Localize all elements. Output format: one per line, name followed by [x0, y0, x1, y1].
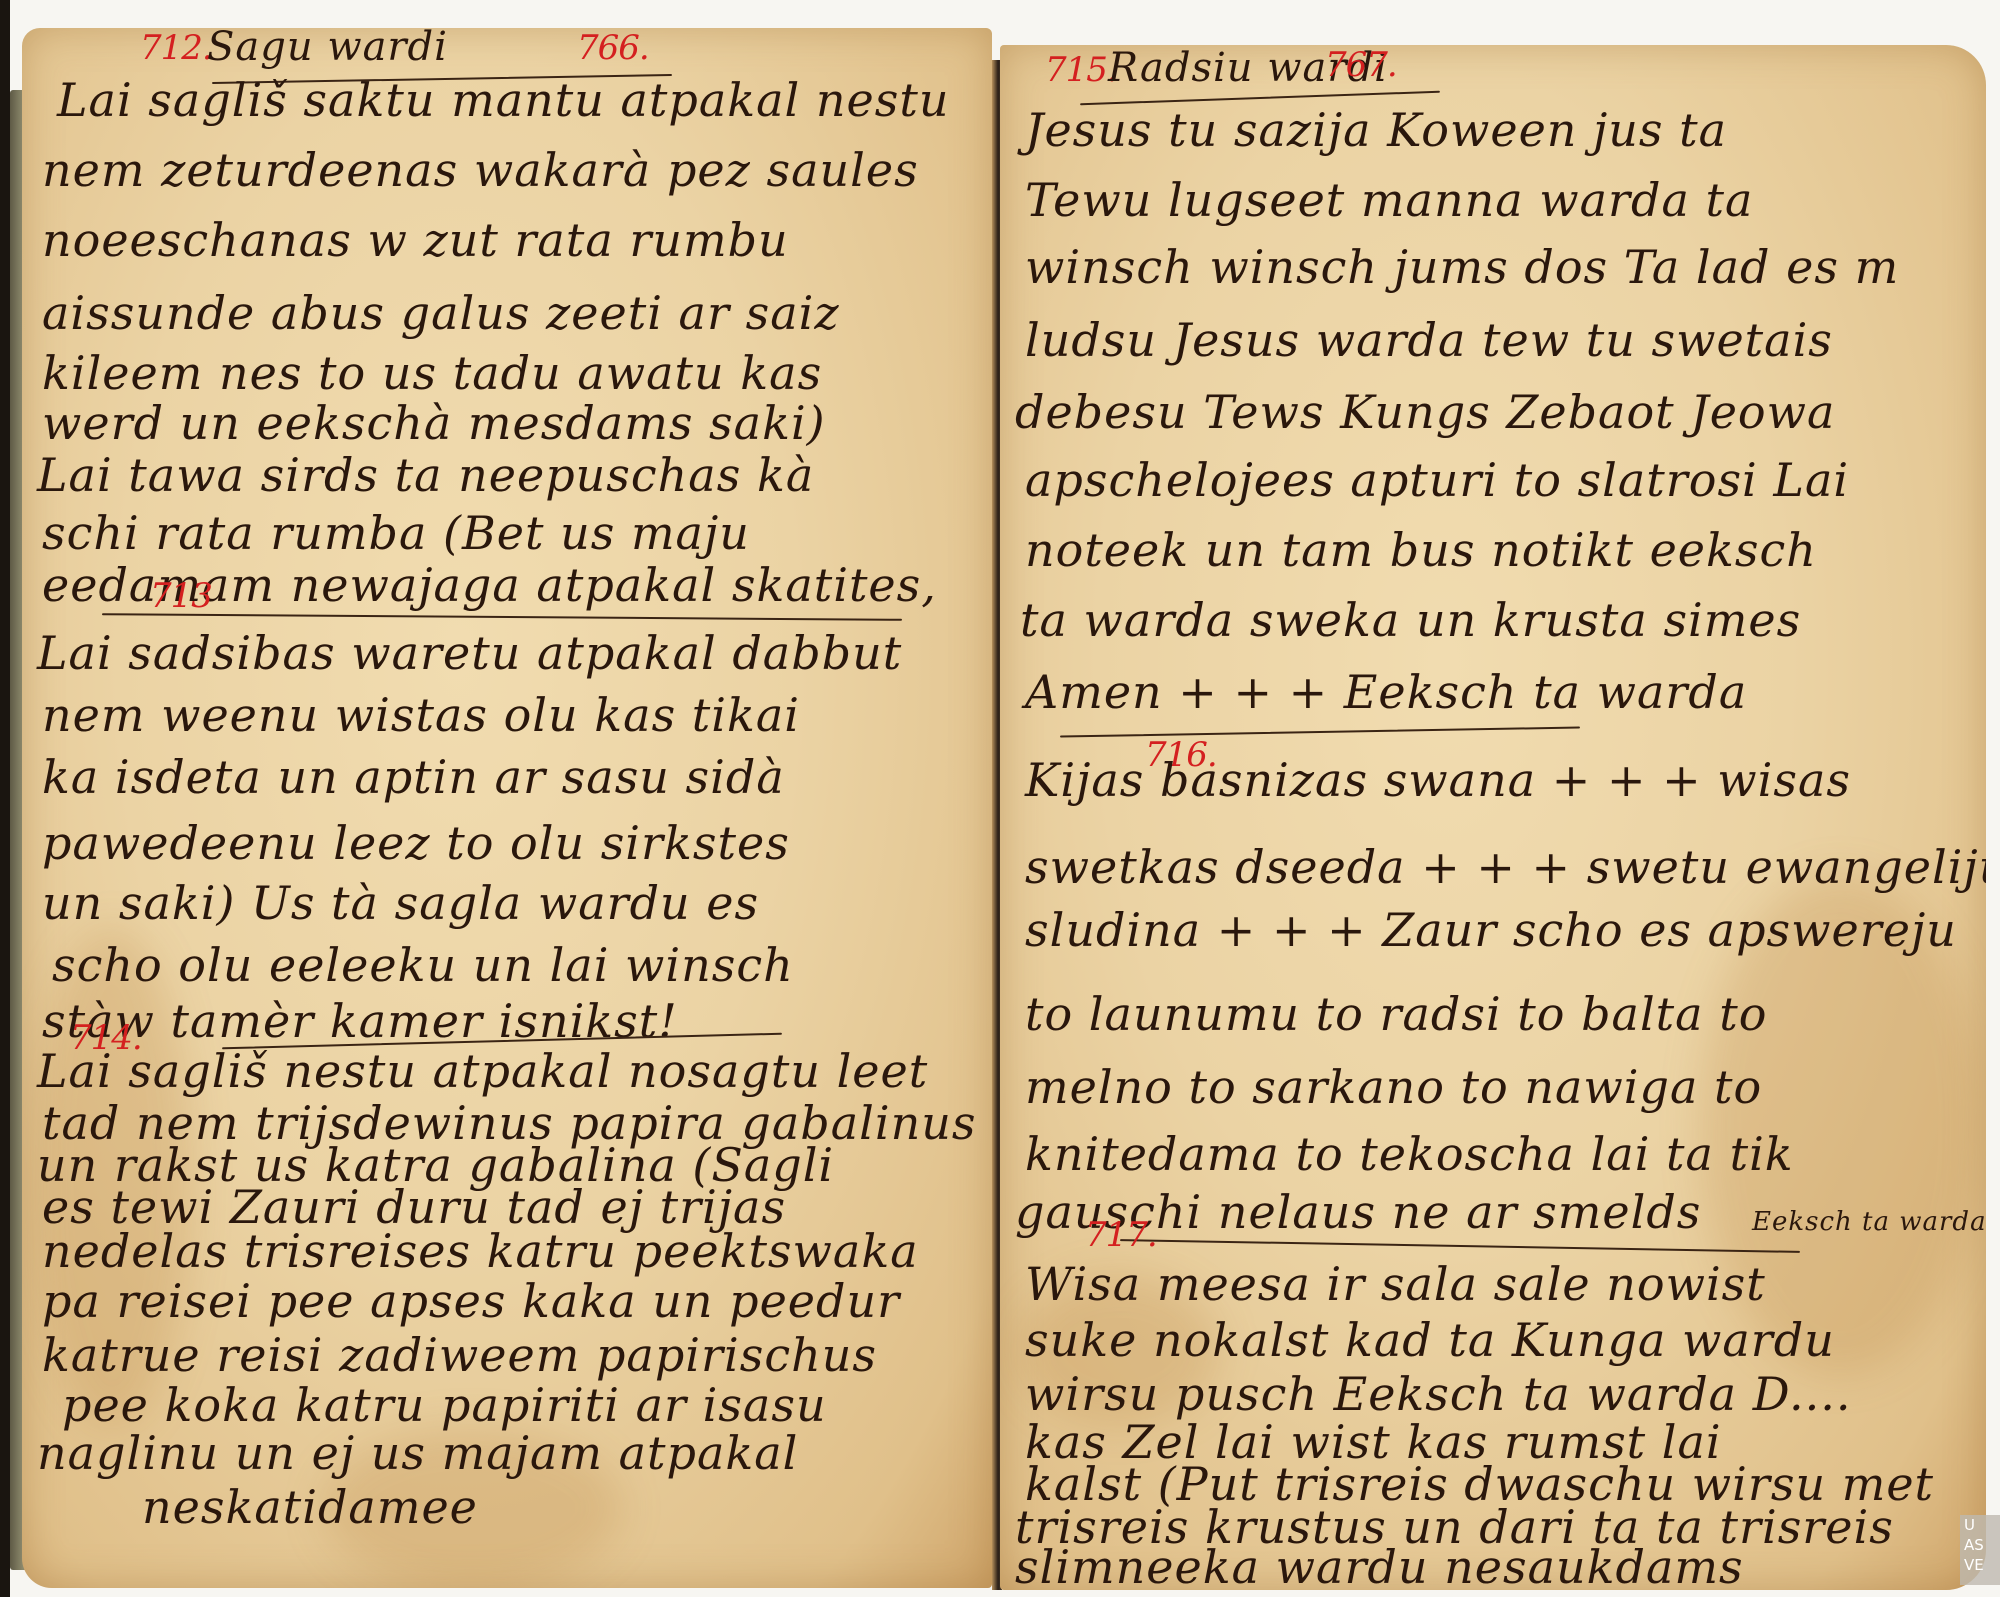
- book-spine-edge: [0, 0, 10, 1597]
- text-line: pawedeenu leez to olu sirkstes: [42, 816, 790, 870]
- text-line: swetkas dseeda + + + swetu ewangeliju: [1025, 840, 1986, 894]
- text-line: nem zeturdeenas wakarà pez saules: [42, 143, 919, 197]
- text-line: aissunde abus galus zeeti ar saiz: [42, 286, 840, 340]
- text-line: Kijas basnizas swana + + + wisas: [1025, 753, 1851, 807]
- text-line: winsch winsch jums dos Ta lad es m: [1025, 240, 1899, 294]
- text-line: katrue reisi zadiweem papirischus: [42, 1328, 877, 1382]
- text-line: sludina + + + Zaur scho es apswereju: [1025, 903, 1957, 957]
- text-line: ka isdeta un aptin ar sasu sidà: [42, 750, 785, 804]
- text-line: kileem nes to us tadu awatu kas: [42, 346, 822, 400]
- text-line: suke nokalst kad ta Kunga wardu: [1025, 1313, 1835, 1367]
- text-line: to launumu to radsi to balta to: [1025, 987, 1767, 1041]
- text-line: neskatidamee: [142, 1480, 478, 1534]
- entry-divider: [102, 613, 902, 621]
- text-line: pa reisei pee apses kaka un peedur: [42, 1274, 900, 1328]
- left-page: 712. Sagu wardi 766. Lai sagliš saktu ma…: [22, 28, 992, 1588]
- entry-number-717: 717.: [1085, 1215, 1157, 1255]
- text-line: Lai tawa sirds ta neepuschas kà: [37, 448, 814, 502]
- entry-ref-number: 767.: [1325, 45, 1397, 85]
- trailing-note: Eeksch ta warda: [1752, 1207, 1986, 1237]
- text-line: schi rata rumba (Bet us maju: [42, 506, 750, 560]
- entry-number-712: 712.: [140, 28, 212, 68]
- text-line: scho olu eeleeku un lai winsch: [52, 938, 794, 992]
- watermark-text: U: [1964, 1515, 2000, 1535]
- text-line: noteek un tam bus notikt eeksch: [1025, 523, 1817, 577]
- archive-watermark: U AS VE: [1960, 1515, 2000, 1585]
- watermark-text: AS: [1964, 1535, 2000, 1555]
- entry-divider: [1060, 726, 1580, 737]
- text-line: melno to sarkano to nawiga to: [1025, 1060, 1762, 1114]
- text-line: debesu Tews Kungs Zebaot Jeowa: [1015, 385, 1835, 439]
- text-line: Wisa meesa ir sala sale nowist: [1025, 1257, 1766, 1311]
- entry-title: Sagu wardi: [207, 28, 448, 70]
- text-line: Lai sagliš saktu mantu atpakal nestu: [57, 73, 949, 127]
- entry-number-715: 715.: [1045, 50, 1117, 90]
- text-line: Lai sadsibas waretu atpakal dabbut: [37, 626, 902, 680]
- text-line: Jesus tu sazija Koween jus ta: [1025, 103, 1727, 157]
- text-line: Tewu lugseet manna warda ta: [1025, 173, 1753, 227]
- entry-number-713: 713: [150, 576, 212, 616]
- text-line: Lai sagliš nestu atpakal nosagtu leet: [37, 1044, 928, 1098]
- text-line: werd un eekschà mesdams saki): [42, 396, 826, 450]
- text-line: slimneeka wardu nesaukdams: [1015, 1540, 1744, 1590]
- text-line: pee koka katru papiriti ar isasu: [62, 1378, 827, 1432]
- watermark-text: VE: [1964, 1555, 2000, 1575]
- text-line: wirsu pusch Eeksch ta warda D....: [1025, 1367, 1851, 1421]
- text-line: nedelas trisreises katru peektswaka: [42, 1224, 919, 1278]
- text-line: ludsu Jesus warda tew tu swetais: [1025, 313, 1833, 367]
- text-line: un saki) Us tà sagla wardu es: [42, 876, 759, 930]
- text-line: naglinu un ej us majam atpakal: [37, 1426, 798, 1480]
- text-line: nem weenu wistas olu kas tikai: [42, 688, 800, 742]
- entry-divider: [1120, 1239, 1800, 1253]
- text-line: noeeschanas w zut rata rumbu: [42, 213, 789, 267]
- text-line: Amen + + + Eeksch ta warda: [1025, 665, 1747, 719]
- text-line: apschelojees apturi to slatrosi Lai: [1025, 453, 1849, 507]
- right-page: 715. Radsiu wardi 767. Jesus tu sazija K…: [1000, 45, 1986, 1590]
- text-line: knitedama to tekoscha lai ta tik: [1025, 1127, 1794, 1181]
- text-line: ta warda sweka un krusta simes: [1020, 593, 1801, 647]
- entry-ref-number: 766.: [577, 28, 649, 68]
